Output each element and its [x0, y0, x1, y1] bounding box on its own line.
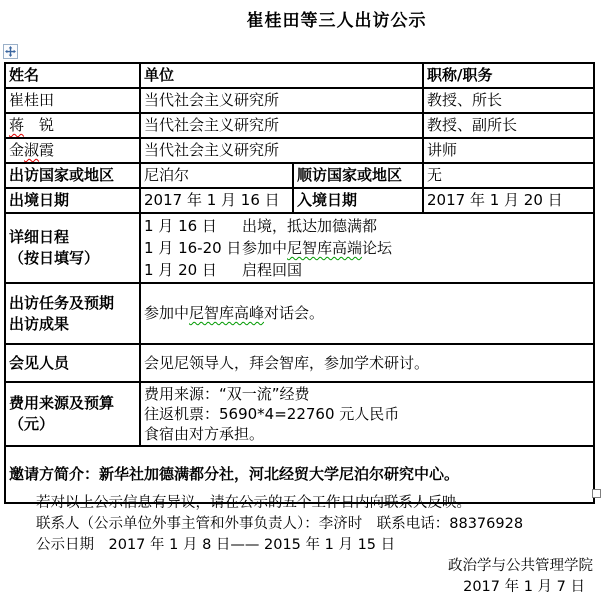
- table-row-person-3: 金淑霞 当代社会主义研究所 讲师: [5, 138, 594, 163]
- departure-date-value[interactable]: 2017 年 1 月 16 日: [140, 188, 293, 213]
- task-label[interactable]: 出访任务及预期 出访成果: [5, 283, 140, 344]
- table-header-row: 姓名 单位 职称/职务: [5, 63, 594, 88]
- budget-line-1: 费用来源：“双一流”经费: [144, 384, 590, 404]
- document-page: 崔桂田等三人出访公示 姓名 单位 职称/职务 崔桂田 当代社会主义研究所 教授、…: [0, 0, 611, 602]
- table-row-person-2: 蒋 锐 当代社会主义研究所 教授、副所长: [5, 113, 594, 138]
- person-title-cell[interactable]: 教授、副所长: [423, 113, 594, 138]
- visit-announcement-table: 姓名 单位 职称/职务 崔桂田 当代社会主义研究所 教授、所长 蒋 锐 当代社会…: [4, 62, 595, 504]
- budget-line-3: 食宿由对方承担。: [144, 424, 590, 444]
- spellcheck-green: 尼智库高峰: [189, 304, 264, 322]
- transit-label[interactable]: 顺访国家或地区: [293, 163, 423, 188]
- schedule-line-1: 1 月 16 日出境，抵达加德满都: [144, 215, 590, 237]
- table-row-schedule: 详细日程 （按日填写） 1 月 16 日出境，抵达加德满都 1 月 16-20 …: [5, 213, 594, 283]
- table-row-dates: 出境日期 2017 年 1 月 16 日 入境日期 2017 年 1 月 20 …: [5, 188, 594, 213]
- table-row-budget: 费用来源及预算 （元） 费用来源：“双一流”经费 往返机票：5690*4=227…: [5, 382, 594, 446]
- table-resize-handle[interactable]: [592, 489, 601, 498]
- budget-content[interactable]: 费用来源：“双一流”经费 往返机票：5690*4=22760 元人民币 食宿由对…: [140, 382, 594, 446]
- budget-line-2: 往返机票：5690*4=22760 元人民币: [144, 404, 590, 424]
- spellcheck-red: 淑: [24, 141, 39, 159]
- meeting-label[interactable]: 会见人员: [5, 344, 140, 382]
- table-row-person-1: 崔桂田 当代社会主义研究所 教授、所长: [5, 88, 594, 113]
- person-unit-cell[interactable]: 当代社会主义研究所: [140, 138, 423, 163]
- header-name[interactable]: 姓名: [5, 63, 140, 88]
- person-unit-cell[interactable]: 当代社会主义研究所: [140, 88, 423, 113]
- return-date-value[interactable]: 2017 年 1 月 20 日: [423, 188, 594, 213]
- spellcheck-red: 蒋: [9, 116, 24, 134]
- schedule-line-3: 1 月 20 日启程回国: [144, 259, 590, 281]
- transit-value[interactable]: 无: [423, 163, 594, 188]
- document-title[interactable]: 崔桂田等三人出访公示: [0, 6, 611, 31]
- table-row-task: 出访任务及预期 出访成果 参加中尼智库高峰对话会。: [5, 283, 594, 344]
- spellcheck-green: 尼智库高端: [287, 239, 362, 257]
- schedule-content[interactable]: 1 月 16 日出境，抵达加德满都 1 月 16-20 日参加中尼智库高端论坛 …: [140, 213, 594, 283]
- destination-label[interactable]: 出访国家或地区: [5, 163, 140, 188]
- person-title-cell[interactable]: 讲师: [423, 138, 594, 163]
- meeting-content[interactable]: 会见尼领导人，拜会智库，参加学术研讨。: [140, 344, 594, 382]
- person-name-cell[interactable]: 崔桂田: [5, 88, 140, 113]
- return-date-label[interactable]: 入境日期: [293, 188, 423, 213]
- departure-date-label[interactable]: 出境日期: [5, 188, 140, 213]
- footer-sign-date[interactable]: 2017 年 1 月 7 日: [36, 577, 593, 598]
- schedule-label[interactable]: 详细日程 （按日填写）: [5, 213, 140, 283]
- table-row-meeting: 会见人员 会见尼领导人，拜会智库，参加学术研讨。: [5, 344, 594, 382]
- table-move-handle[interactable]: [3, 44, 18, 59]
- move-arrows-icon: [5, 46, 16, 57]
- footer-contact[interactable]: 联系人（公示单位外事主管和外事负责人）：李济时 联系电话：88376928: [36, 514, 593, 535]
- person-title-cell[interactable]: 教授、所长: [423, 88, 594, 113]
- person-unit-cell[interactable]: 当代社会主义研究所: [140, 113, 423, 138]
- person-name-cell[interactable]: 金淑霞: [5, 138, 140, 163]
- footer-notice[interactable]: 若对以上公示信息有异议，请在公示的五个工作日内向联系人反映。: [36, 493, 593, 514]
- destination-value[interactable]: 尼泊尔: [140, 163, 293, 188]
- header-unit[interactable]: 单位: [140, 63, 423, 88]
- footer-signature[interactable]: 政治学与公共管理学院: [36, 556, 593, 577]
- person-name-cell[interactable]: 蒋 锐: [5, 113, 140, 138]
- task-content[interactable]: 参加中尼智库高峰对话会。: [140, 283, 594, 344]
- footer-period[interactable]: 公示日期 2017 年 1 月 8 日—— 2015 年 1 月 15 日: [36, 535, 593, 556]
- schedule-line-2: 1 月 16-20 日参加中尼智库高端论坛: [144, 237, 590, 259]
- budget-label[interactable]: 费用来源及预算 （元）: [5, 382, 140, 446]
- table-row-destination: 出访国家或地区 尼泊尔 顺访国家或地区 无: [5, 163, 594, 188]
- header-title[interactable]: 职称/职务: [423, 63, 594, 88]
- footer-paragraphs: 若对以上公示信息有异议，请在公示的五个工作日内向联系人反映。 联系人（公示单位外…: [36, 493, 593, 598]
